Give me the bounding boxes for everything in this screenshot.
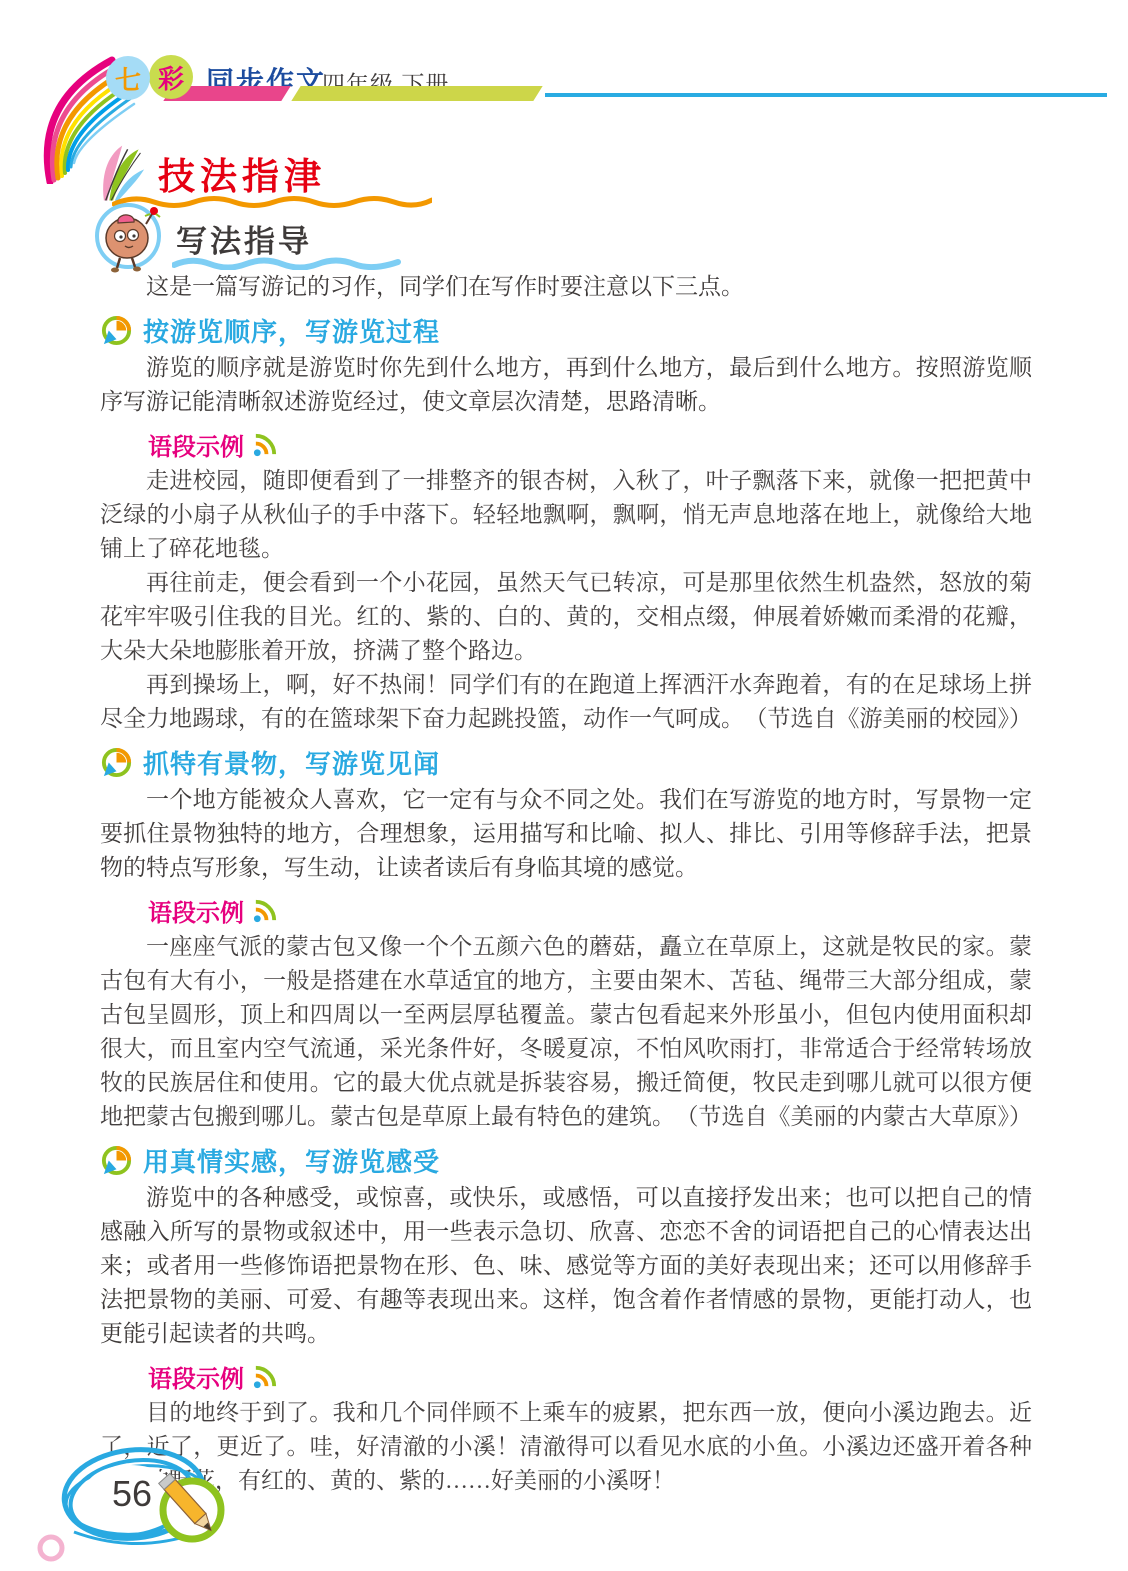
example-label-row: 语段示例 xyxy=(148,427,1032,462)
logo-circle-cai: 彩 xyxy=(149,55,193,99)
rss-icon xyxy=(252,1363,279,1390)
rss-icon xyxy=(252,897,279,924)
point-1-heading-row: 按游览顺序，写游览过程 xyxy=(100,312,1032,349)
logo-qi-text: 七 xyxy=(115,60,141,97)
example-label: 语段示例 xyxy=(148,893,244,928)
example-label: 语段示例 xyxy=(148,427,244,462)
page-number: 56 xyxy=(112,1473,152,1514)
example-paragraph: 再到操场上，啊，好不热闹！同学们有的在跑道上挥洒汗水奔跑着，有的在足球场上拼尽全… xyxy=(100,668,1032,736)
point-1-heading: 按游览顺序，写游览过程 xyxy=(143,312,440,349)
example-paragraph: 再往前走，便会看到一个小花园，虽然天气已转凉，可是那里依然生机盎然，怒放的菊花牢… xyxy=(100,566,1032,668)
example-label-row: 语段示例 xyxy=(148,893,1032,928)
logo-circle-qi: 七 xyxy=(106,56,150,100)
header-rule-cyan xyxy=(545,93,1107,97)
attribution: （节选自《美丽的内蒙古大草原》） xyxy=(676,1100,1033,1134)
point-3-body: 游览中的各种感受，或惊喜，或快乐，或感悟，可以直接抒发出来；也可以把自己的情感融… xyxy=(100,1181,1032,1351)
rss-icon xyxy=(252,431,279,458)
example-paragraph: 走进校园，随即便看到了一排整齐的银杏树，入秋了，叶子飘落下来，就像一把把黄中泛绿… xyxy=(100,464,1032,566)
cyan-wavy-underline xyxy=(172,256,402,270)
point-marker-icon xyxy=(100,314,133,347)
textbook-page: 七 彩 同步作文 四年级 下册 技法指津 写法 xyxy=(0,0,1128,1571)
point-2-body: 一个地方能被众人喜欢，它一定有与众不同之处。我们在写游览的地方时，写景物一定要抓… xyxy=(100,783,1032,885)
attribution: （节选自《游美丽的校园》） xyxy=(745,702,1033,736)
point-marker-icon xyxy=(100,1144,133,1177)
intro-paragraph: 这是一篇写游记的习作，同学们在写作时要注意以下三点。 xyxy=(100,270,1032,304)
page-title: 技法指津 xyxy=(158,146,326,200)
point-2-heading: 抓特有景物，写游览见闻 xyxy=(143,744,440,781)
pink-ring-icon xyxy=(40,1537,62,1559)
point-3-heading-row: 用真情实感，写游览感受 xyxy=(100,1142,1032,1179)
point-2-heading-row: 抓特有景物，写游览见闻 xyxy=(100,744,1032,781)
example-label: 语段示例 xyxy=(148,1359,244,1394)
example-text: 一座座气派的蒙古包又像一个个五颜六色的蘑菇，矗立在草原上，这就是牧民的家。蒙古包… xyxy=(100,934,1032,1129)
section-title: 写法指导 xyxy=(176,216,312,261)
main-content: 这是一篇写游记的习作，同学们在写作时要注意以下三点。 按游览顺序，写游览过程 游… xyxy=(100,270,1032,1498)
point-1-body: 游览的顺序就是游览时你先到什么地方，再到什么地方，最后到什么地方。按照游览顺序写… xyxy=(100,351,1032,419)
point-marker-icon xyxy=(100,746,133,779)
page-number-badge: 56 xyxy=(34,1440,270,1568)
logo-cai-text: 彩 xyxy=(158,59,184,96)
example-label-row: 语段示例 xyxy=(148,1359,1032,1394)
example-paragraph: 一座座气派的蒙古包又像一个个五颜六色的蘑菇，矗立在草原上，这就是牧民的家。蒙古包… xyxy=(100,930,1032,1134)
header-bar-yellow xyxy=(291,86,542,101)
point-3-heading: 用真情实感，写游览感受 xyxy=(143,1142,440,1179)
